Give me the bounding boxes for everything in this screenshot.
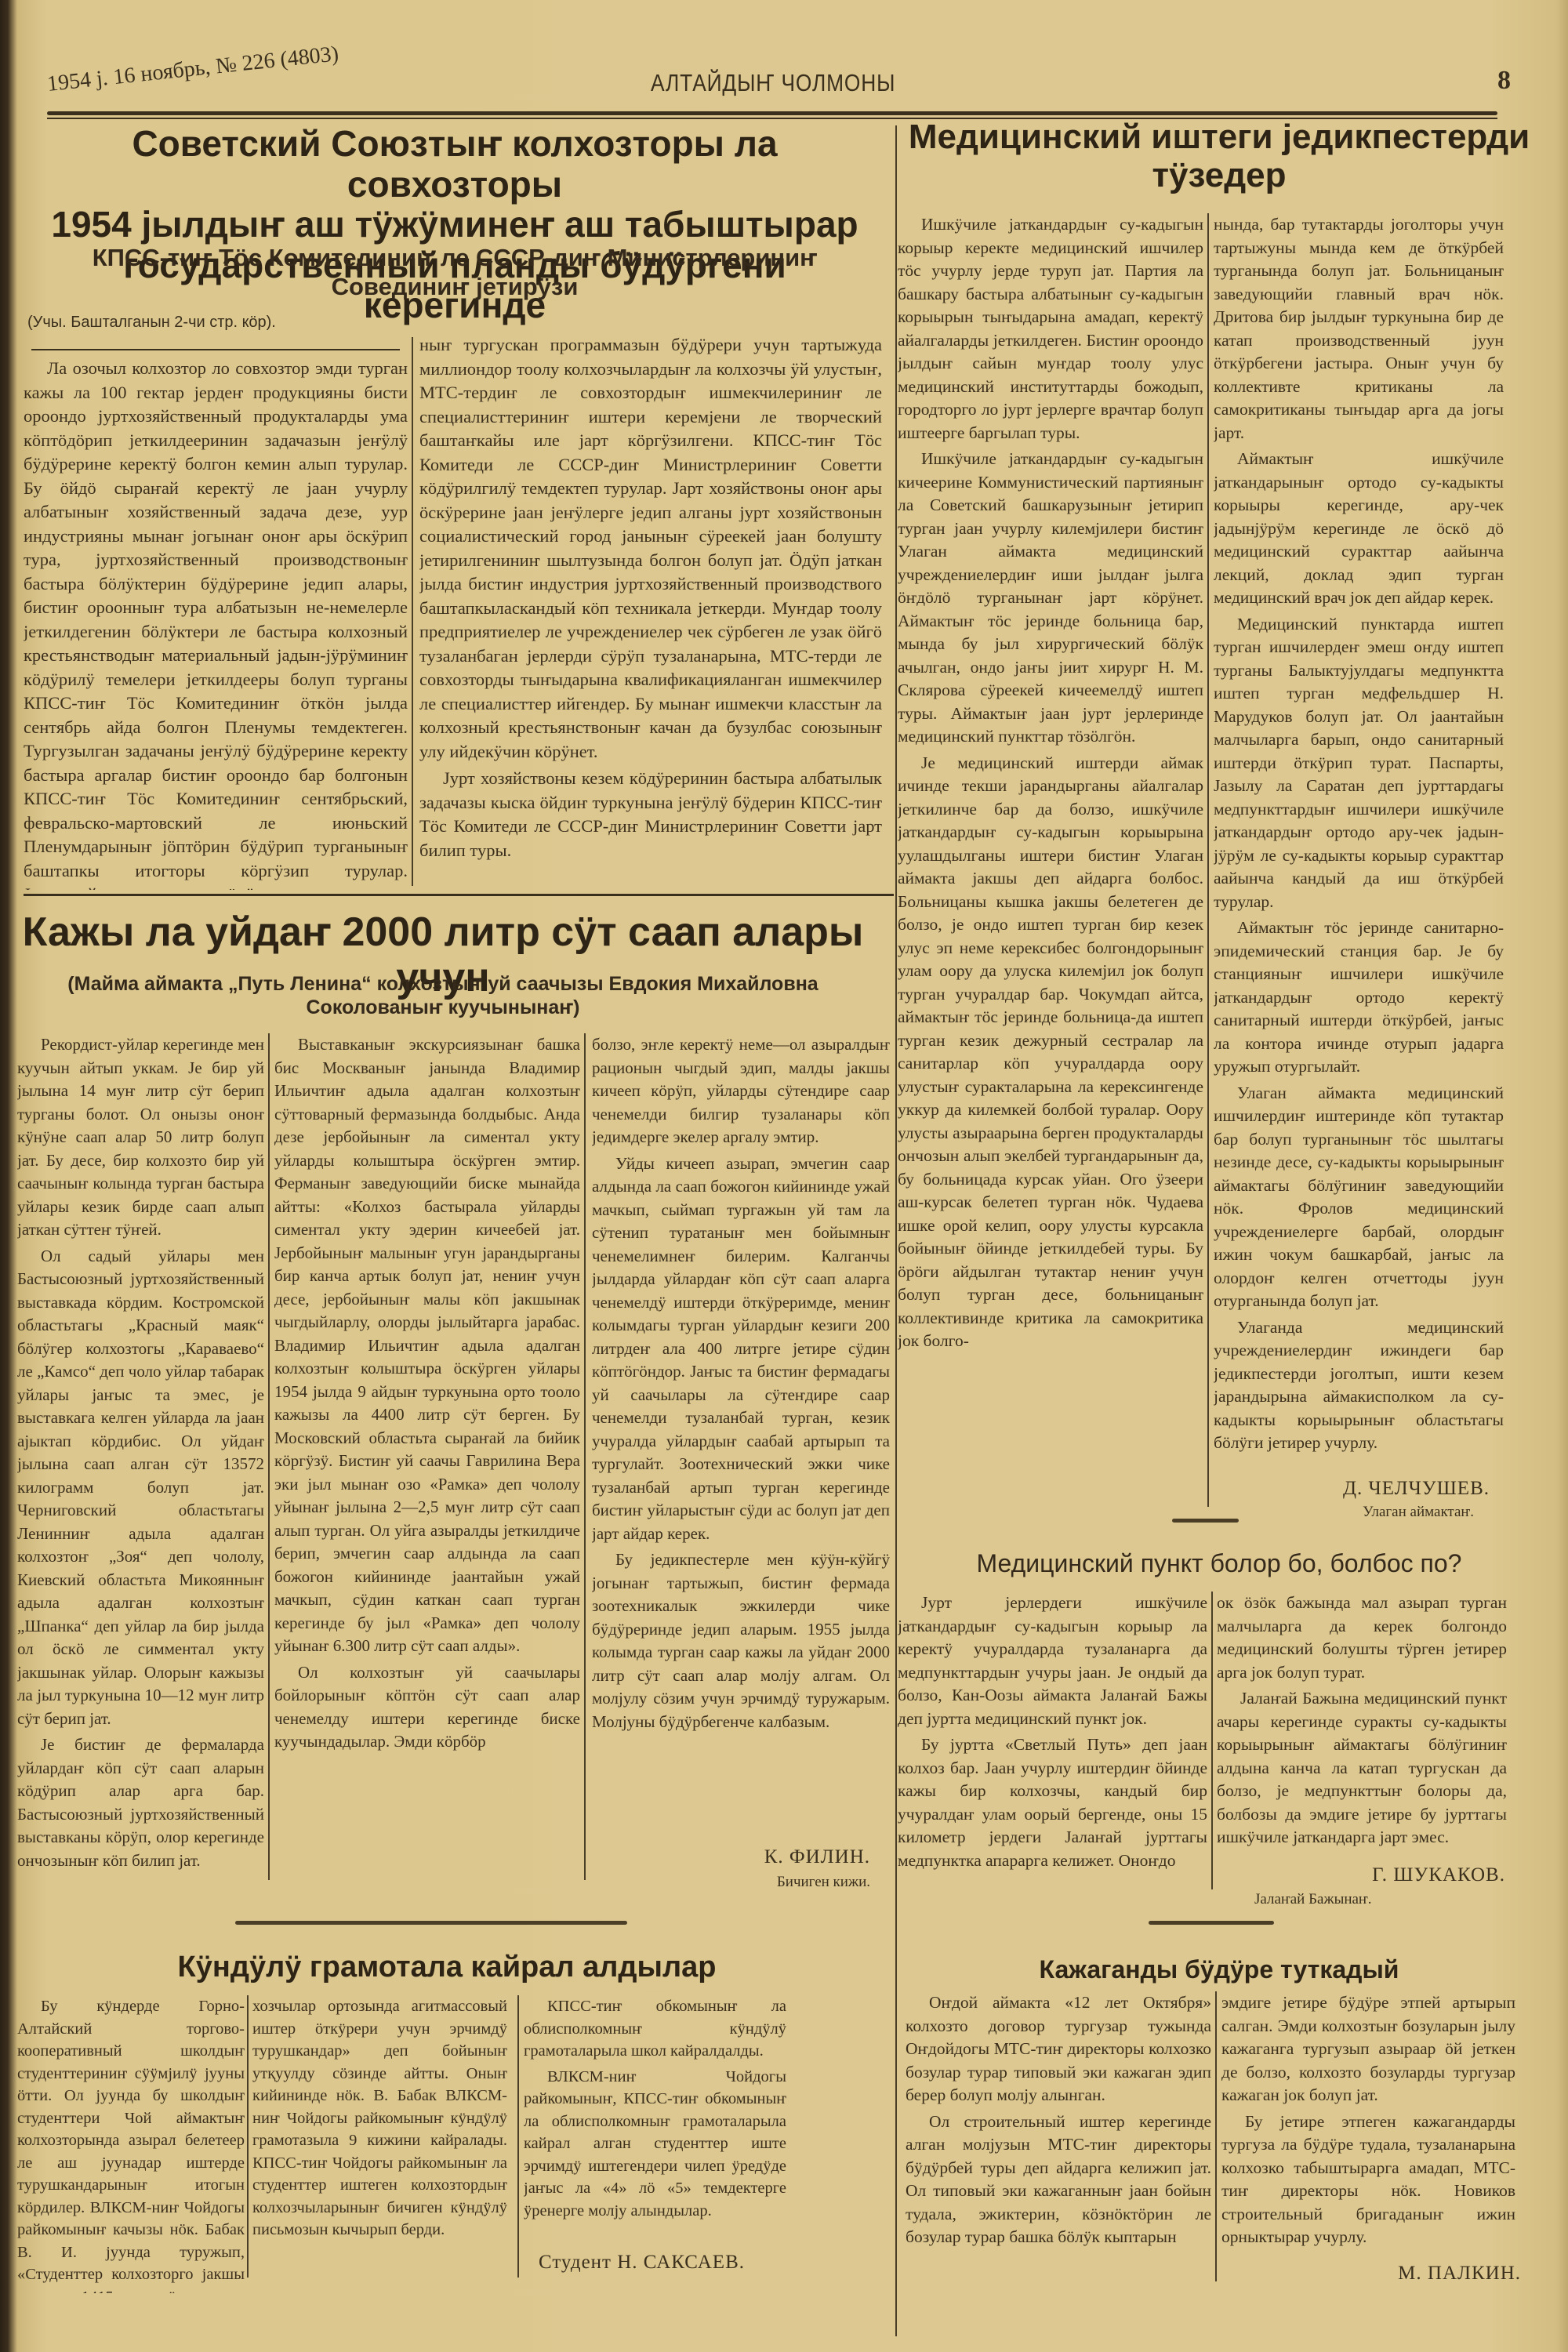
paragraph: Ишкӱчиле јаткандардыҥ су-кадыгын кичеери… xyxy=(898,448,1203,749)
paragraph: ок ӧзӧк бажында мал азырап турган малчыл… xyxy=(1217,1592,1507,1684)
paragraph: Бу јетире этпеген кажагандарды тургуза л… xyxy=(1221,2111,1515,2249)
gramota-column-3: КПСС-тиҥ обкомыныҥ ла облисполкомныҥ кӱн… xyxy=(524,1995,786,2246)
separator xyxy=(1149,1921,1274,1925)
paragraph: Ол садый уйлары мен Бастысоюзный јуртхоз… xyxy=(17,1245,264,1731)
paragraph: Аймактыҥ ишкӱчиле јаткандарыныҥ ортодо с… xyxy=(1214,448,1504,610)
gramota-headline: Кӱндӱлӱ грамотала кайрал алдылар xyxy=(16,1951,878,1984)
paragraph: нында, бар тутактарды јоголторы учун тар… xyxy=(1214,213,1504,445)
gramota-signature: Студент Н. САКСАЕВ. xyxy=(533,2252,745,2274)
paragraph: КПСС-тиҥ обкомыныҥ ла облисполкомныҥ кӱн… xyxy=(524,1995,786,2063)
column-divider xyxy=(584,1033,586,1880)
subheadline-line: (Майма аймакта „Путь Ленина“ колхозтыҥ у… xyxy=(16,972,870,996)
paragraph: эмдиге јетире бӱдӱре этпей артырып салга… xyxy=(1221,1991,1515,2107)
barn-signature: М. ПАЛКИН. xyxy=(1286,2263,1521,2285)
subheadline-line: Соколованыҥ куучынынаҥ) xyxy=(16,996,870,1019)
column-divider xyxy=(1215,1991,1217,2281)
paragraph: Ишкӱчиле јаткандардыҥ су-кадыгын корыыр … xyxy=(898,213,1203,445)
page-number: 8 xyxy=(1497,66,1511,96)
headline-line: 1954 јылдыҥ аш тӱжӱминеҥ аш табыштырар xyxy=(31,205,878,245)
paragraph: Уйды кичееп азырап, эмчегин саар алдында… xyxy=(592,1152,890,1546)
paragraph: Медицинский пунктарда иштеп турган ишчил… xyxy=(1214,613,1504,914)
masthead-rule xyxy=(47,111,1497,115)
paragraph: Ол колхозтыҥ уй саачылары бойлорыныҥ кӧп… xyxy=(274,1661,580,1754)
gramota-column-1: Бу кӱндерде Горно-Алтайский торгово-кооп… xyxy=(17,1995,245,2293)
headline-line: Советский Союзтыҥ колхозторы ла совхозто… xyxy=(31,124,878,205)
newspaper-title: АЛТАЙДЫҤ ЧОЛМОНЫ xyxy=(651,69,895,97)
paragraph: Бу кӱндерде Горно-Алтайский торгово-кооп… xyxy=(17,1995,245,2293)
gramota-column-2: хозчылар ортозында агитмассовый иштер ӧт… xyxy=(252,1995,507,2293)
paragraph: ныҥ тургускан программазын бӱдӱрери учун… xyxy=(419,333,882,764)
paragraph: Улаган аймакта медицинский ишчилердиҥ иш… xyxy=(1214,1082,1504,1313)
decree-column-1: Ла озочыл колхозтор ло совхозтор эмди ту… xyxy=(24,357,408,890)
barn-column-2: эмдиге јетире бӱдӱре этпей артырып салга… xyxy=(1221,1991,1515,2274)
paragraph: Бу једикпестерле мен кӱӱн-кӱйгӱ јогынаҥ … xyxy=(592,1548,890,1733)
paragraph: Оҥдой аймакта «12 лет Октября» колхозто … xyxy=(906,1991,1211,2107)
section-divider xyxy=(895,125,897,2336)
column-divider xyxy=(1211,1592,1213,1889)
paragraph: Рекордист-уйлар керегинде мен куучын айт… xyxy=(17,1033,264,1242)
paragraph: Ол строительный иштер керегинде алган мо… xyxy=(906,2111,1211,2249)
milk-column-1: Рекордист-уйлар керегинде мен куучын айт… xyxy=(17,1033,264,1888)
subheadline-line: Совединиҥ јетирӱзи xyxy=(31,272,878,301)
paragraph: Је медицинский иштерди аймак ичинде текш… xyxy=(898,752,1203,1353)
medical-column-1: Ишкӱчиле јаткандардыҥ су-кадыгын корыыр … xyxy=(898,213,1203,1507)
paragraph: Выставканыҥ экскурсиязынаҥ башка бис Мос… xyxy=(274,1033,580,1658)
milk-column-2: Выставканыҥ экскурсиязынаҥ башка бис Мос… xyxy=(274,1033,580,1888)
medpunkt-column-2: ок ӧзӧк бажында мал азырап турган малчыл… xyxy=(1217,1592,1507,1850)
medical-headline: Медицинский иштеги једикпестерди тӱзедер xyxy=(902,118,1537,195)
separator xyxy=(1172,1519,1239,1523)
barn-headline: Кажаганды бӱдӱре туткадый xyxy=(902,1956,1537,1984)
medpunkt-signature-note: Јалаҥай Бажынаҥ. xyxy=(1223,1891,1458,1908)
issue-date: 1954 j. 16 ноябрь, № 226 (4803) xyxy=(46,42,340,97)
paragraph: Јурт јерлердеги ишкӱчиле јаткандардыҥ су… xyxy=(898,1592,1207,1730)
paragraph: Ла озочыл колхозтор ло совхозтор эмди ту… xyxy=(24,357,408,890)
section-rule xyxy=(24,894,894,896)
medpunkt-headline: Медицинский пункт болор бо, болбос по? xyxy=(902,1548,1537,1578)
paragraph: Аймактыҥ тӧс јеринде санитарно-эпидемиче… xyxy=(1214,916,1504,1079)
decree-column-2: ныҥ тургускан программазын бӱдӱрери учун… xyxy=(419,333,882,890)
milk-signature: К. ФИЛИН. xyxy=(659,1846,870,1868)
paragraph: Бу јуртта «Светлый Путь» деп јаан колхоз… xyxy=(898,1733,1207,1872)
medical-signature: Д. ЧЕЛЧУШЕВ. xyxy=(1254,1478,1490,1500)
subheadline-line: КПСС-тиҥ Тӧс Комитединиҥ ле СССР-диҥ Мин… xyxy=(31,243,878,272)
medical-signature-note: Улаган аймактаҥ. xyxy=(1254,1504,1474,1521)
medical-column-2: нында, бар тутактарды јоголторы учун тар… xyxy=(1214,213,1504,1460)
column-divider xyxy=(268,1033,270,1880)
paragraph: Је бистиҥ де фермаларда уйлардаҥ кӧп сӱт… xyxy=(17,1733,264,1872)
medpunkt-column-1: Јурт јерлердеги ишкӱчиле јаткандардыҥ су… xyxy=(898,1592,1207,1889)
paragraph: болзо, эҥле керектӱ неме—ол азыралдыҥ ра… xyxy=(592,1033,890,1149)
masthead: 1954 j. 16 ноябрь, № 226 (4803) АЛТАЙДЫҤ… xyxy=(31,64,1552,111)
continuation-note: (Учы. Башталганын 2-чи стр. кӧр). xyxy=(27,314,276,332)
paragraph: Јурт хозяйствоны кезем кӧдӱреринин басты… xyxy=(419,767,882,862)
paragraph: хозчылар ортозында агитмассовый иштер ӧт… xyxy=(252,1995,507,2241)
decree-subheadline: КПСС-тиҥ Тӧс Комитединиҥ ле СССР-диҥ Мин… xyxy=(31,243,878,301)
separator xyxy=(235,1921,627,1925)
milk-signature-note: Бичиген кижи. xyxy=(659,1874,870,1891)
column-divider xyxy=(412,337,413,886)
column-divider xyxy=(1207,213,1209,1507)
paragraph: ВЛКСМ-ниҥ Чойдогы райкомыныҥ, КПСС-тиҥ о… xyxy=(524,2066,786,2223)
milk-subheadline: (Майма аймакта „Путь Ленина“ колхозтыҥ у… xyxy=(16,972,870,1019)
barn-column-1: Оҥдой аймакта «12 лет Октября» колхозто … xyxy=(906,1991,1211,2297)
newspaper-page: 1954 j. 16 ноябрь, № 226 (4803) АЛТАЙДЫҤ… xyxy=(0,0,1568,2352)
headline-line: Медицинский иштеги једикпестерди xyxy=(902,118,1537,156)
column-divider xyxy=(517,1995,519,2278)
medpunkt-signature: Г. ШУКАКОВ. xyxy=(1286,1864,1505,1886)
decree-intro-rule xyxy=(31,349,400,350)
paragraph: Јалаҥай Бажына медицинский пункт ачары к… xyxy=(1217,1687,1507,1849)
paragraph: Улаганда медицинский учреждениелердиҥ иж… xyxy=(1214,1316,1504,1455)
headline-line: тӱзедер xyxy=(902,156,1537,194)
column-divider xyxy=(247,1995,249,2278)
milk-column-3: болзо, эҥле керектӱ неме—ол азыралдыҥ ра… xyxy=(592,1033,890,1786)
